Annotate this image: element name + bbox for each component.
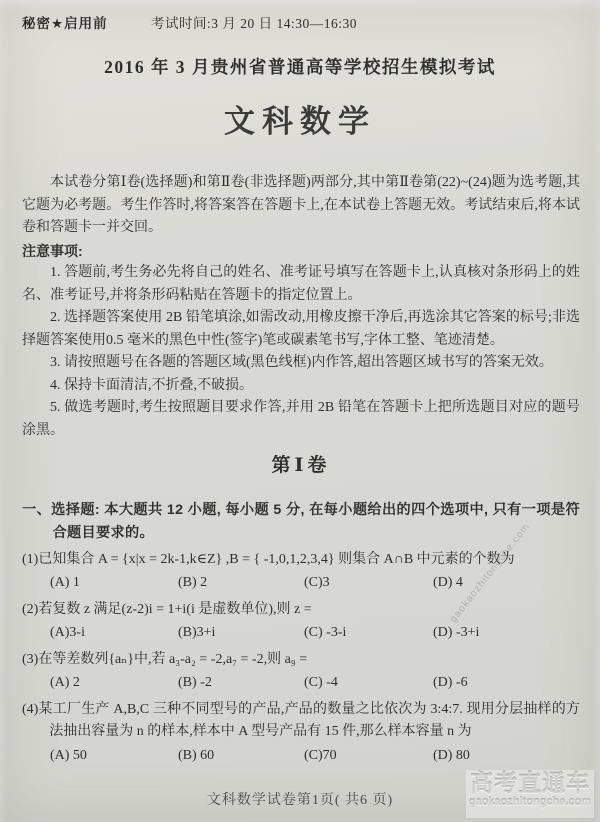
option-row: (A) 50 (B) 60 (C)70 (D) 80 <box>50 744 580 770</box>
option-a: (A) 1 <box>50 572 178 595</box>
exam-paper-page: 秘密★启用前 考试时间:3 月 20 日 14:30—16:30 2016 年 … <box>0 0 600 822</box>
question-4: (4)某工厂生产 A,B,C 三种不同型号的产品,产品的数量之比依次为 3:4:… <box>22 699 580 770</box>
section-instruction: 一、选择题: 本大题共 12 小题, 每小题 5 分, 在每小题给出的四个选项中… <box>22 499 580 545</box>
option-row: (A)3-i (B)3+i (C) -3-i (D) -3+i <box>50 621 580 647</box>
option-a: (A) 2 <box>50 672 178 695</box>
option-c: (C)70 <box>304 745 433 768</box>
option-d: (D) -3+i <box>433 622 580 645</box>
option-b: (B) 60 <box>178 745 304 768</box>
document-body: 本试卷分第Ⅰ卷(选择题)和第Ⅱ卷(非选择题)两部分,其中第Ⅱ卷第(22)~(24… <box>22 172 580 771</box>
exam-time-label: 考试时间:3 月 20 日 14:30—16:30 <box>151 16 357 31</box>
option-c: (C)3 <box>304 572 433 595</box>
watermark-brand: 高考直通车 <box>466 770 594 796</box>
question-stem: (3)在等差数列{aₙ}中,若 a₃-a₂ = -2,a₇ = -2,则 a₉ … <box>22 649 580 672</box>
notes-heading: 注意事项: <box>22 240 580 263</box>
note-item-1: 1. 答题前,考生务必先将自己的姓名、准考证号填写在答题卡上,认真核对条形码上的… <box>22 262 580 307</box>
option-b: (B) 2 <box>178 572 304 595</box>
note-item-4: 4. 保持卡面清洁,不折叠,不破损。 <box>22 375 580 398</box>
question-3: (3)在等差数列{aₙ}中,若 a₃-a₂ = -2,a₇ = -2,则 a₉ … <box>22 649 580 697</box>
option-row: (A) 2 (B) -2 (C) -4 (D) -6 <box>50 671 580 697</box>
top-header-row: 秘密★启用前 考试时间:3 月 20 日 14:30—16:30 <box>22 12 578 32</box>
watermark-badge: 高考直通车 gaokaozhitongche.com <box>466 770 594 818</box>
option-b: (B) -2 <box>178 672 304 695</box>
watermark-url: gaokaozhitongche.com <box>466 796 594 809</box>
note-item-5: 5. 做选考题时,考生按照题目要求作答,并用 2B 铅笔在答题卡上把所选题目对应… <box>22 397 580 442</box>
note-item-2: 2. 选择题答案使用 2B 铅笔填涂,如需改动,用橡皮擦干净后,再选涂其它答案的… <box>22 307 580 352</box>
question-stem: (2)若复数 z 满足(z-2)i = 1+i(i 是虚数单位),则 z = <box>22 599 580 622</box>
option-d: (D) 4 <box>433 572 580 595</box>
option-a: (A) 50 <box>50 745 178 768</box>
option-d: (D) 80 <box>433 745 580 768</box>
subject-title: 文科数学 <box>0 96 600 141</box>
note-item-3: 3. 请按照题号在各题的答题区域(黑色线框)内作答,超出答题区域书写的答案无效。 <box>22 352 580 375</box>
option-a: (A)3-i <box>50 622 178 645</box>
option-d: (D) -6 <box>433 672 580 695</box>
option-c: (C) -4 <box>304 672 433 695</box>
option-b: (B)3+i <box>178 622 304 645</box>
option-row: (A) 1 (B) 2 (C)3 (D) 4 <box>50 571 580 597</box>
exam-title: 2016 年 3 月贵州省普通高等学校招生模拟考试 <box>0 54 600 79</box>
question-stem: (4)某工厂生产 A,B,C 三种不同型号的产品,产品的数量之比依次为 3:4:… <box>22 699 580 744</box>
question-2: (2)若复数 z 满足(z-2)i = 1+i(i 是虚数单位),则 z = (… <box>22 599 580 647</box>
section-title: 第Ⅰ卷 <box>22 455 580 478</box>
option-c: (C) -3-i <box>304 622 433 645</box>
intro-paragraph: 本试卷分第Ⅰ卷(选择题)和第Ⅱ卷(非选择题)两部分,其中第Ⅱ卷第(22)~(24… <box>22 172 580 240</box>
classification-label: 秘密★启用前 <box>22 16 108 31</box>
